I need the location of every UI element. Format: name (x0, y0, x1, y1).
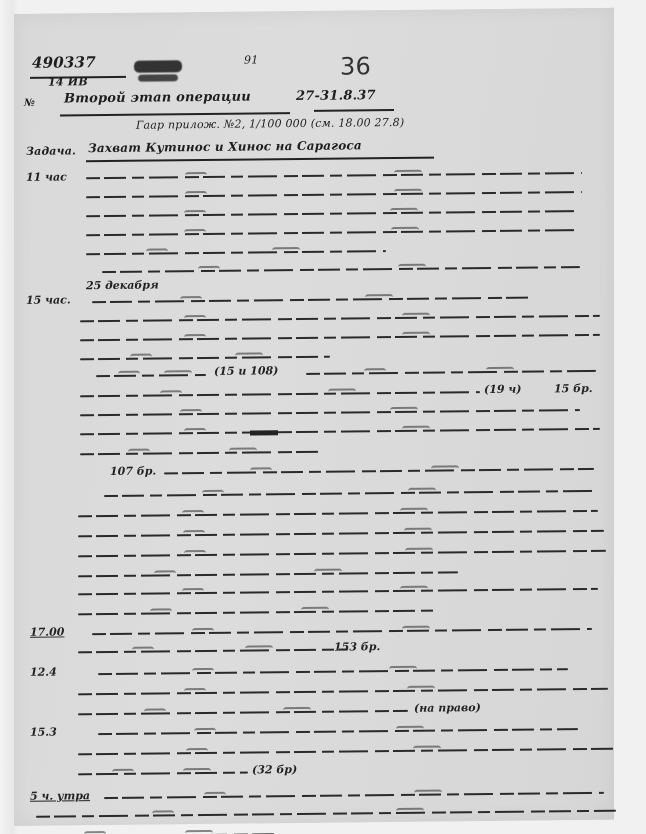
handwritten-snippet: 15 бр. (554, 382, 593, 395)
handwritten-line (78, 610, 438, 616)
handwritten-line (78, 688, 608, 696)
handwritten-line (102, 266, 580, 273)
handwritten-line (80, 451, 320, 456)
handwritten-line (80, 409, 580, 416)
entry-time: 11 час (26, 170, 67, 183)
handwritten-line (98, 728, 578, 735)
handwritten-line (92, 297, 532, 304)
handwritten-line (164, 468, 594, 475)
redacted-stamp-2 (138, 74, 178, 81)
handwritten-line (78, 588, 598, 595)
handwritten-line (98, 668, 568, 675)
handwritten-line (96, 374, 206, 377)
handwritten-line (78, 510, 598, 517)
handwritten-line (80, 315, 600, 322)
handwritten-line (80, 356, 330, 361)
dates-underline (314, 109, 394, 111)
title-dates: 27-31.8.37 (296, 88, 376, 104)
handwritten-line (104, 792, 604, 799)
handwritten-line (80, 334, 600, 341)
handwritten-line (36, 810, 616, 818)
entry-time: 12.4 (30, 666, 57, 679)
handwritten-line (86, 250, 386, 255)
entry-time: 15 час. (26, 293, 71, 306)
handwritten-line (86, 172, 582, 179)
handwritten-snippet: (32 бр) (252, 763, 297, 776)
handwritten-line (80, 391, 480, 397)
handwritten-line (92, 628, 592, 635)
handwritten-snippet: 153 бр. (334, 640, 380, 653)
document-page: 490337 14 ИВ 91 36 № Второй этап операци… (14, 8, 614, 826)
handwritten-snippet: (15 и 108) (214, 364, 278, 378)
handwritten-line (86, 210, 576, 217)
task-label: Задача. (26, 144, 76, 158)
handwritten-line (78, 571, 458, 577)
handwritten-line (78, 748, 618, 756)
map-reference: Гаар прилож. №2, 1/100 000 (см. 18.00 27… (136, 116, 404, 132)
entry-time: 17.00 (30, 625, 64, 638)
handwritten-line (306, 370, 596, 375)
number-mark: № (24, 98, 35, 109)
page-number: 36 (340, 52, 371, 80)
redacted-stamp (134, 60, 182, 73)
handwritten-snippet: 25 декабря (86, 278, 159, 292)
handwritten-snippet: (на право) (414, 701, 481, 715)
task-text: Захват Кутинос и Хинос на Сарагоса (88, 138, 362, 155)
handwritten-line (78, 550, 606, 558)
handwritten-line (78, 530, 604, 538)
entry-time: 5 ч. утра (30, 789, 90, 803)
handwritten-line (86, 191, 582, 198)
handwritten-line (78, 772, 248, 776)
handwritten-line (80, 428, 600, 435)
ink-blot (250, 430, 278, 435)
folio-number: 91 (244, 53, 258, 66)
handwritten-line (78, 648, 348, 653)
handwritten-line (78, 710, 408, 715)
page-title: Второй этап операции (64, 90, 251, 107)
handwritten-snippet: 107 бр. (110, 464, 156, 477)
task-underline (86, 157, 434, 162)
archive-sub-number: 14 ИВ (48, 75, 88, 88)
title-underline (60, 112, 290, 116)
handwritten-line (104, 490, 594, 497)
archive-number: 490337 (32, 53, 96, 72)
handwritten-snippet: (19 ч) (484, 383, 521, 396)
entry-time: 15.3 (30, 726, 57, 739)
handwritten-line (86, 229, 578, 236)
